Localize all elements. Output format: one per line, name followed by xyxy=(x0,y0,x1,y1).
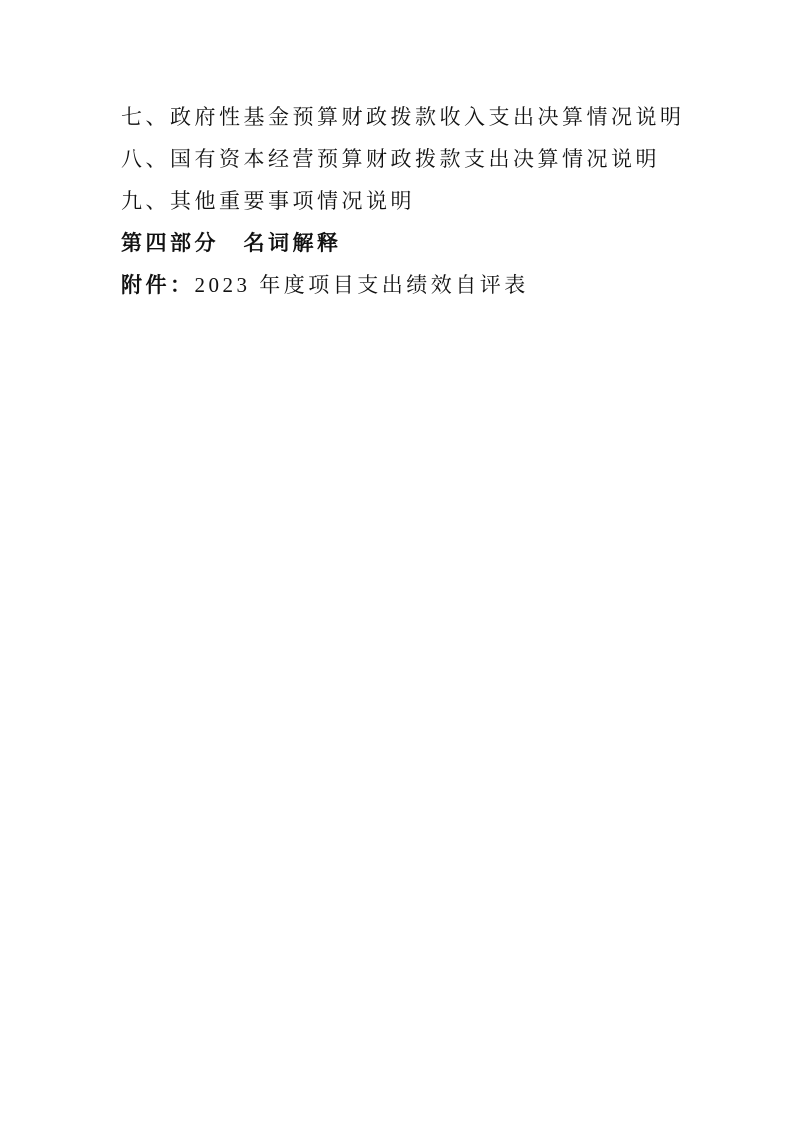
toc-item-eight: 八、国有资本经营预算财政拨款支出决算情况说明 xyxy=(121,138,733,180)
toc-item-nine: 九、其他重要事项情况说明 xyxy=(121,180,733,222)
attachment-text: 2023 年度项目支出绩效自评表 xyxy=(195,273,529,297)
attachment-label: 附件： xyxy=(121,273,195,297)
document-content: 七、政府性基金预算财政拨款收入支出决算情况说明 八、国有资本经营预算财政拨款支出… xyxy=(121,96,733,306)
attachment-line: 附件：2023 年度项目支出绩效自评表 xyxy=(121,264,733,306)
toc-item-seven: 七、政府性基金预算财政拨款收入支出决算情况说明 xyxy=(121,96,733,138)
document-page: 七、政府性基金预算财政拨款收入支出决算情况说明 八、国有资本经营预算财政拨款支出… xyxy=(0,0,793,1122)
section-heading-part-four: 第四部分 名词解释 xyxy=(121,222,733,264)
